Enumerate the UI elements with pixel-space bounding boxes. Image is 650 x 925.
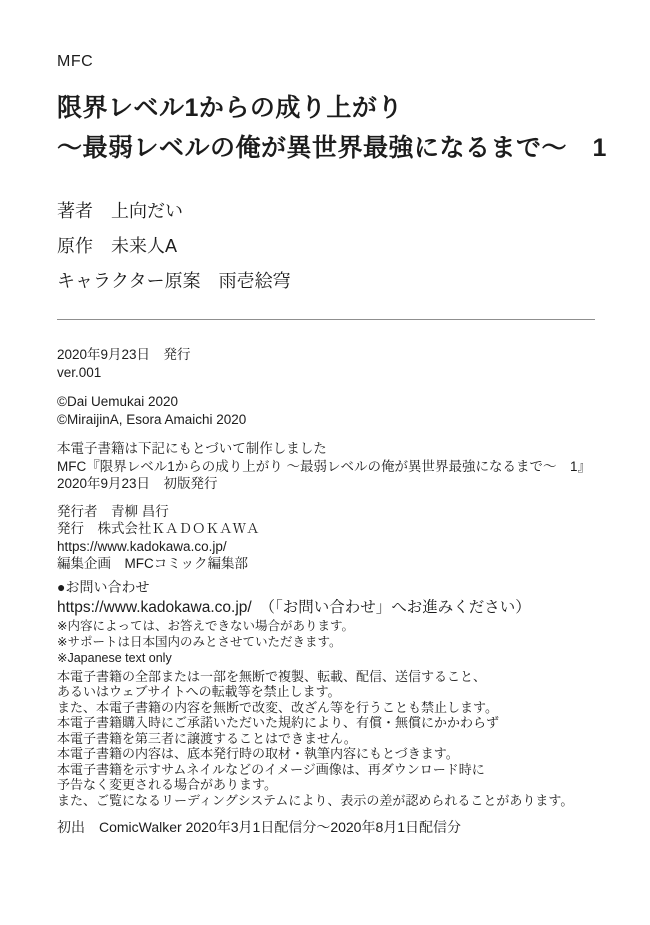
publisher-editing: 編集企画 MFCコミック編集部 xyxy=(57,555,595,573)
credit-author: 著者 上向だい xyxy=(57,194,595,229)
legal-line: また、本電子書籍の内容を無断で改変、改ざん等を行うことも禁止します。 xyxy=(57,700,595,716)
contact-section: ●お問い合わせ https://www.kadokawa.co.jp/ （「お問… xyxy=(57,577,595,666)
base-edition-block: 本電子書籍は下記にもとづいて制作しました MFC『限界レベル1からの成り上がり … xyxy=(57,440,595,493)
publisher-person: 発行者 青柳 昌行 xyxy=(57,503,595,521)
issue-date: 2020年9月23日 発行 xyxy=(57,346,595,364)
book-title-line-2: ～最弱レベルの俺が異世界最強になるまで～ 1 xyxy=(57,128,595,168)
version-label: ver.001 xyxy=(57,364,595,382)
credit-character-design: キャラクター原案 雨壱絵穹 xyxy=(57,264,595,299)
legal-line: あるいはウェブサイトへの転載等を禁止します。 xyxy=(57,684,595,700)
legal-line: 予告なく変更される場合があります。 xyxy=(57,777,595,793)
publication-info: 2020年9月23日 発行 ver.001 xyxy=(57,346,595,381)
book-title-line-1: 限界レベル1からの成り上がり xyxy=(57,88,595,128)
contact-note: ※内容によっては、お答えできない場合があります。 xyxy=(57,618,595,634)
legal-line: 本電子書籍を第三者に譲渡することはできません。 xyxy=(57,731,595,747)
legal-line: 本電子書籍の内容は、底本発行時の取材・執筆内容にもとづきます。 xyxy=(57,746,595,762)
publisher-url: https://www.kadokawa.co.jp/ xyxy=(57,538,595,556)
book-title: 限界レベル1からの成り上がり ～最弱レベルの俺が異世界最強になるまで～ 1 xyxy=(57,88,595,168)
base-edition-title: MFC『限界レベル1からの成り上がり ～最弱レベルの俺が異世界最強になるまで～ … xyxy=(57,458,595,476)
legal-line: 本電子書籍を示すサムネイルなどのイメージ画像は、再ダウンロード時に xyxy=(57,762,595,778)
copyright-line: ©MiraijinA, Esora Amaichi 2020 xyxy=(57,411,595,429)
base-edition-first-print: 2020年9月23日 初版発行 xyxy=(57,475,595,493)
contact-note: ※サポートは日本国内のみとさせていただきます。 xyxy=(57,634,595,650)
publisher-company: 発行 株式会社ＫＡＤＯＫＡＷＡ xyxy=(57,520,595,538)
copyright-line: ©Dai Uemukai 2020 xyxy=(57,393,595,411)
contact-url: https://www.kadokawa.co.jp/ （「お問い合わせ」へお進… xyxy=(57,597,595,618)
colophon-page: MFC 限界レベル1からの成り上がり ～最弱レベルの俺が異世界最強になるまで～ … xyxy=(0,0,650,925)
first-publication: 初出 ComicWalker 2020年3月1日配信分～2020年8月1日配信分 xyxy=(57,817,595,837)
base-edition-intro: 本電子書籍は下記にもとづいて制作しました xyxy=(57,440,595,458)
contact-notes: ※内容によっては、お答えできない場合があります。 ※サポートは日本国内のみとさせ… xyxy=(57,618,595,666)
legal-line: 本電子書籍購入時にご承諾いただいた規約により、有償・無償にかかわらず xyxy=(57,715,595,731)
credits-block: 著者 上向だい 原作 未来人A キャラクター原案 雨壱絵穹 xyxy=(57,194,595,299)
legal-line: 本電子書籍の全部または一部を無断で複製、転載、配信、送信すること、 xyxy=(57,669,595,685)
contact-heading: ●お問い合わせ xyxy=(57,577,595,597)
imprint-label: MFC xyxy=(57,52,595,72)
publisher-block: 発行者 青柳 昌行 発行 株式会社ＫＡＤＯＫＡＷＡ https://www.ka… xyxy=(57,503,595,573)
contact-note: ※Japanese text only xyxy=(57,650,595,666)
legal-notice: 本電子書籍の全部または一部を無断で複製、転載、配信、送信すること、 あるいはウェ… xyxy=(57,669,595,809)
credit-original-story: 原作 未来人A xyxy=(57,229,595,264)
copyright-block: ©Dai Uemukai 2020 ©MiraijinA, Esora Amai… xyxy=(57,393,595,428)
divider-rule xyxy=(57,319,595,320)
legal-line: また、ご覧になるリーディングシステムにより、表示の差が認められることがあります。 xyxy=(57,793,595,809)
